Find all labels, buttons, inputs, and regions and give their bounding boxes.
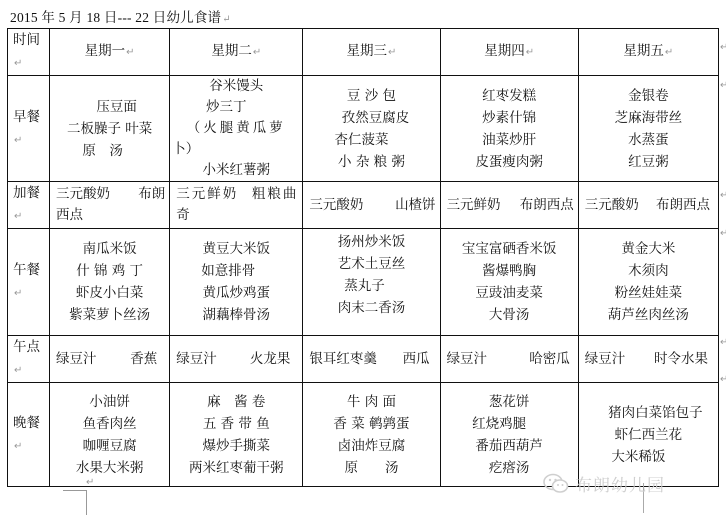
cell-lunch-mon: 南瓜米饭 什 锦 鸡 丁 虾皮小白菜 紫菜萝卜丝汤 [50,229,170,336]
header-wednesday: 星期三↵ [303,29,440,76]
cell-breakfast-thu: 红枣发糕 炒素什锦 油菜炒肝 皮蛋瘦肉粥 [440,76,578,182]
row-end-mark-icon: ↵ [720,42,726,53]
cell-afternoon-thu: 绿豆汁哈密瓜 [440,336,578,383]
cell-lunch-fri: 黄金大米 木须肉 粉丝娃娃菜 葫芦丝肉丝汤 [578,229,718,336]
row-end-mark-icon: ↵ [720,337,726,348]
menu-table: 时间↵ 星期一↵ 星期二↵ 星期三↵ 星期四↵ 星期五↵ 早餐↵ 压豆面 二板臊… [7,28,719,487]
cell-snack-mon: 三元酸奶布朗 西点 [50,182,170,229]
table-row-breakfast: 早餐↵ 压豆面 二板臊子 叶菜 原 汤 谷米馒头 炒三丁 （火腿黄瓜萝 卜） 小… [8,76,719,182]
row-end-mark-icon: ↵ [720,80,726,91]
cell-lunch-thu: 宝宝富硒香米饭 酱爆鸭胸 豆豉油麦菜 大骨汤 [440,229,578,336]
table-row-afternoon: 午点↵ 绿豆汁香蕉 绿豆汁火龙果 银耳红枣羹西瓜 绿豆汁哈密瓜 绿豆汁时令水果 [8,336,719,383]
cell-lunch-wed: 扬州炒米饭 艺术土豆丝 蒸丸子 肉末二香汤 [303,229,440,336]
cell-breakfast-mon: 压豆面 二板臊子 叶菜 原 汤 [50,76,170,182]
cell-afternoon-mon: 绿豆汁香蕉 [50,336,170,383]
header-time: 时间↵ [8,29,50,76]
table-row-snack: 加餐↵ 三元酸奶布朗 西点 三元鲜奶粗粮曲 奇 三元酸奶山楂饼 三元鲜奶布朗西点… [8,182,719,229]
page-title: 2015 年 5 月 18 日--- 22 日幼儿食谱↵ [10,6,231,26]
title-text: 2015 年 5 月 18 日--- 22 日幼儿食谱 [10,10,221,25]
cell-breakfast-fri: 金银卷 芝麻海带丝 水蒸蛋 红豆粥 [578,76,718,182]
cell-snack-fri: 三元酸奶布朗西点 [578,182,718,229]
cell-snack-thu: 三元鲜奶布朗西点 [440,182,578,229]
watermark-text: 布朗幼儿园 [575,471,665,496]
paragraph-mark-icon: ↵ [86,477,94,488]
cell-breakfast-wed: 豆 沙 包 孜然豆腐皮 杏仁菠菜 小 杂 粮 粥 [303,76,440,182]
header-row: 时间↵ 星期一↵ 星期二↵ 星期三↵ 星期四↵ 星期五↵ [8,29,719,76]
header-friday: 星期五↵ [578,29,718,76]
cell-afternoon-tue: 绿豆汁火龙果 [170,336,303,383]
cell-dinner-mon: 小油饼 鱼香肉丝 咖喱豆腐 水果大米粥 [50,383,170,487]
row-label-breakfast: 早餐↵ [8,76,50,182]
row-end-mark-icon: ↵ [720,228,726,239]
row-label-afternoon: 午点↵ [8,336,50,383]
row-label-snack: 加餐↵ [8,182,50,229]
row-end-mark-icon: ↵ [720,374,726,385]
cell-afternoon-fri: 绿豆汁时令水果 [578,336,718,383]
cell-dinner-tue: 麻 酱 卷 五 香 带 鱼 爆炒手撕菜 两米红枣葡干粥 [170,383,303,487]
row-label-lunch: 午餐↵ [8,229,50,336]
row-label-dinner: 晚餐↵ [8,383,50,487]
margin-corner-marker [63,490,87,515]
table-row-lunch: 午餐↵ 南瓜米饭 什 锦 鸡 丁 虾皮小白菜 紫菜萝卜丝汤 黄豆大米饭 如意排骨… [8,229,719,336]
cell-lunch-tue: 黄豆大米饭 如意排骨 黄瓜炒鸡蛋 湖藕棒骨汤 [170,229,303,336]
header-tuesday: 星期二↵ [170,29,303,76]
cell-afternoon-wed: 银耳红枣羹西瓜 [303,336,440,383]
header-monday: 星期一↵ [50,29,170,76]
paragraph-mark-icon: ↵ [222,14,231,25]
wechat-icon [543,473,569,495]
cell-dinner-wed: 牛 肉 面 香 菜 鹌鹑蛋 卤油炸豆腐 原 汤 [303,383,440,487]
cell-snack-tue: 三元鲜奶粗粮曲 奇 [170,182,303,229]
row-end-mark-icon: ↵ [720,190,726,201]
cell-snack-wed: 三元酸奶山楂饼 [303,182,440,229]
header-thursday: 星期四↵ [440,29,578,76]
watermark: 布朗幼儿园 [543,471,665,496]
cell-breakfast-tue: 谷米馒头 炒三丁 （火腿黄瓜萝 卜） 小米红薯粥 [170,76,303,182]
